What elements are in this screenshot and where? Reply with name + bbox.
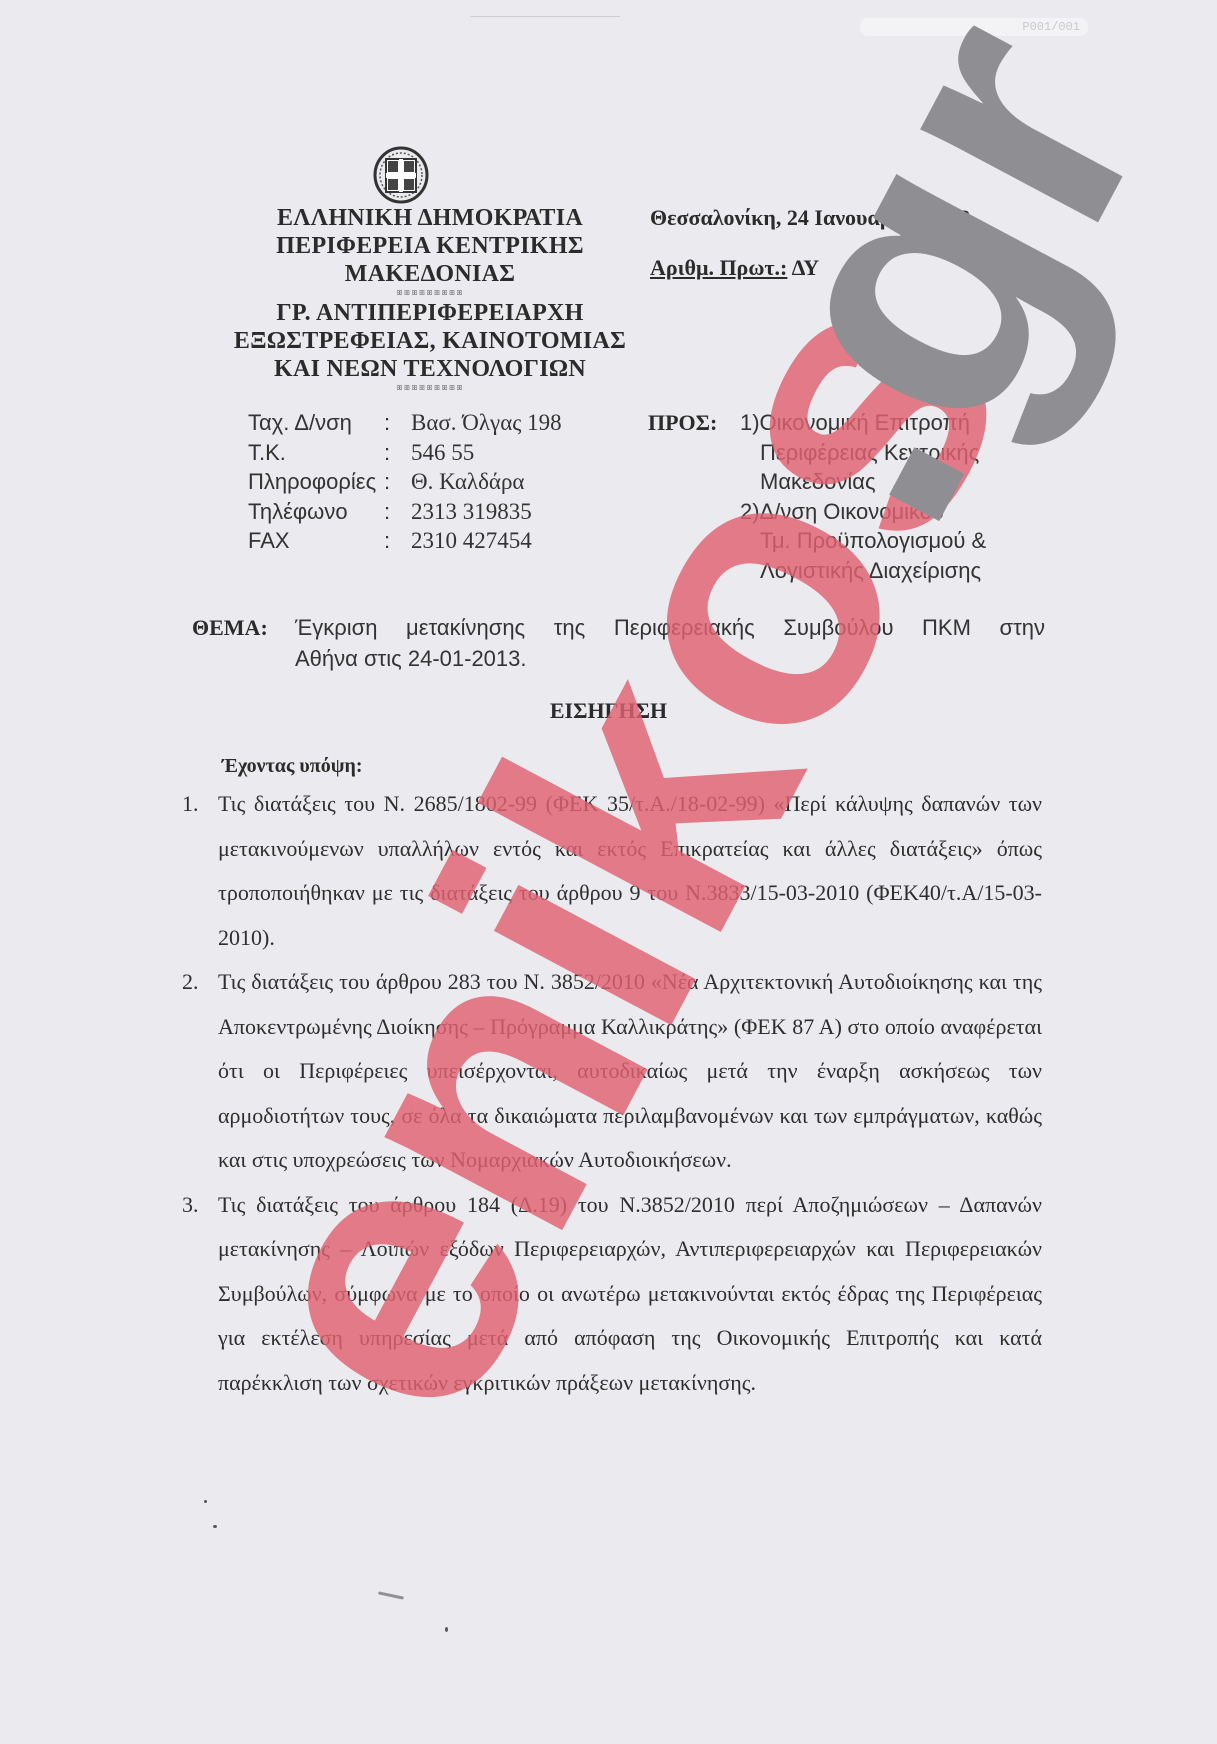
list-item-number: 1.: [182, 782, 199, 826]
recipients-label: ΠΡΟΣ:: [648, 408, 717, 438]
recipient-line: Λογιστικής Διαχείρισης: [740, 556, 1040, 586]
recipient-line: 2)Δ/νση Οικονομικού: [740, 497, 1040, 527]
contact-row: FAX:2310 427454: [248, 526, 562, 556]
contact-key: FAX: [248, 526, 363, 556]
letterhead-separator: ꕥꕥꕥꕥꕥꕥꕥꕥꕥ: [230, 288, 630, 299]
contact-value: 2310 427454: [411, 526, 532, 556]
recipient-line: Τμ. Προϋπολογισμού &: [740, 526, 1040, 556]
scan-speck: [213, 1525, 217, 1528]
list-item-number: 2.: [182, 960, 199, 1004]
greek-coat-of-arms-icon: [372, 146, 430, 204]
contact-key: Τηλέφωνο: [248, 497, 363, 527]
date-line: Θεσσαλονίκη, 24 Ιανουαρίου 2013: [650, 204, 970, 232]
letterhead-line: ΕΞΩΣΤΡΕΦΕΙΑΣ, ΚΑΙΝΟΤΟΜΙΑΣ: [230, 327, 630, 355]
fax-page-counter: P001/001: [860, 18, 1088, 36]
contact-key: Τ.Κ.: [248, 438, 363, 468]
contact-key: Ταχ. Δ/νση: [248, 408, 363, 438]
letterhead-line: ΕΛΛΗΝΙΚΗ ΔΗΜΟΚΡΑΤΙΑ: [230, 204, 630, 232]
recipient-line: 1)Οικονομική Επιτροπή: [740, 408, 1040, 438]
date-protocol-block: Θεσσαλονίκη, 24 Ιανουαρίου 2013 Αριθμ. Π…: [650, 204, 970, 282]
protocol-label: Αριθμ. Πρωτ.:: [650, 255, 787, 280]
scan-speck: [378, 1591, 404, 1599]
list-item-text: Τις διατάξεις του Ν. 2685/1802-99 (ΦΕΚ 3…: [218, 782, 1042, 960]
subject-block: ΘΕΜΑ: Έγκριση μετακίνησης της Περιφερεια…: [192, 612, 1045, 674]
list-item-number: 3.: [182, 1183, 199, 1227]
subject-line-1: Έγκριση μετακίνησης της Περιφερειακής Συ…: [295, 612, 1045, 643]
letterhead-line: ΠΕΡΙΦΕΡΕΙΑ ΚΕΝΤΡΙΚΗΣ: [230, 232, 630, 260]
scan-speck: [445, 1627, 448, 1632]
contact-row: Τηλέφωνο:2313 319835: [248, 497, 562, 527]
list-item: 3. Τις διατάξεις του άρθρου 184 (Δ.19) τ…: [182, 1183, 1042, 1406]
letterhead-line: ΜΑΚΕΔΟΝΙΑΣ: [230, 260, 630, 288]
contact-key: Πληροφορίες: [248, 467, 363, 497]
scan-artifact-rule: [470, 16, 620, 17]
contact-value: Θ. Καλδάρα: [411, 467, 524, 497]
protocol-value: ΔΥ: [792, 255, 820, 280]
contact-value: Βασ. Όλγας 198: [411, 408, 562, 438]
recipient-line: Περιφέρειας Κεντρικής: [740, 438, 1040, 468]
considerations-list: 1. Τις διατάξεις του Ν. 2685/1802-99 (ΦΕ…: [182, 782, 1042, 1405]
protocol-number: Αριθμ. Πρωτ.: ΔΥ: [650, 254, 970, 282]
contact-value: 2313 319835: [411, 497, 532, 527]
scan-speck: [204, 1500, 207, 1503]
contact-value: 546 55: [411, 438, 474, 468]
letterhead-line: ΓΡ. ΑΝΤΙΠΕΡΙΦΕΡΕΙΑΡΧΗ: [230, 299, 630, 327]
list-item: 2. Τις διατάξεις του άρθρου 283 του Ν. 3…: [182, 960, 1042, 1183]
subject-label: ΘΕΜΑ:: [192, 612, 268, 643]
list-item-text: Τις διατάξεις του άρθρου 283 του Ν. 3852…: [218, 960, 1042, 1183]
list-item-text: Τις διατάξεις του άρθρου 184 (Δ.19) του …: [218, 1183, 1042, 1406]
contact-row: Πληροφορίες:Θ. Καλδάρα: [248, 467, 562, 497]
letterhead: ΕΛΛΗΝΙΚΗ ΔΗΜΟΚΡΑΤΙΑ ΠΕΡΙΦΕΡΕΙΑ ΚΕΝΤΡΙΚΗΣ…: [230, 204, 630, 394]
list-item: 1. Τις διατάξεις του Ν. 2685/1802-99 (ΦΕ…: [182, 782, 1042, 960]
contact-row: Ταχ. Δ/νση:Βασ. Όλγας 198: [248, 408, 562, 438]
letterhead-line: ΚΑΙ ΝΕΩΝ ΤΕΧΝΟΛΟΓΙΩΝ: [230, 355, 630, 383]
contact-info: Ταχ. Δ/νση:Βασ. Όλγας 198 Τ.Κ.:546 55 Πλ…: [248, 408, 562, 556]
contact-row: Τ.Κ.:546 55: [248, 438, 562, 468]
subject-line-2: Αθήνα στις 24-01-2013.: [295, 643, 1045, 674]
recipient-line: Μακεδονίας: [740, 467, 1040, 497]
scanned-document-page: P001/001 ΕΛΛΗΝΙΚΗ ΔΗΜΟΚΡΑΤΙΑ ΠΕΡΙΦΕΡΕΙΑ …: [0, 0, 1217, 1744]
considering-label: Έχοντας υπόψη:: [222, 755, 363, 778]
letterhead-separator: ꕥꕥꕥꕥꕥꕥꕥꕥꕥ: [230, 383, 630, 394]
section-heading: ΕΙΣΗΓΗΣΗ: [0, 698, 1217, 724]
